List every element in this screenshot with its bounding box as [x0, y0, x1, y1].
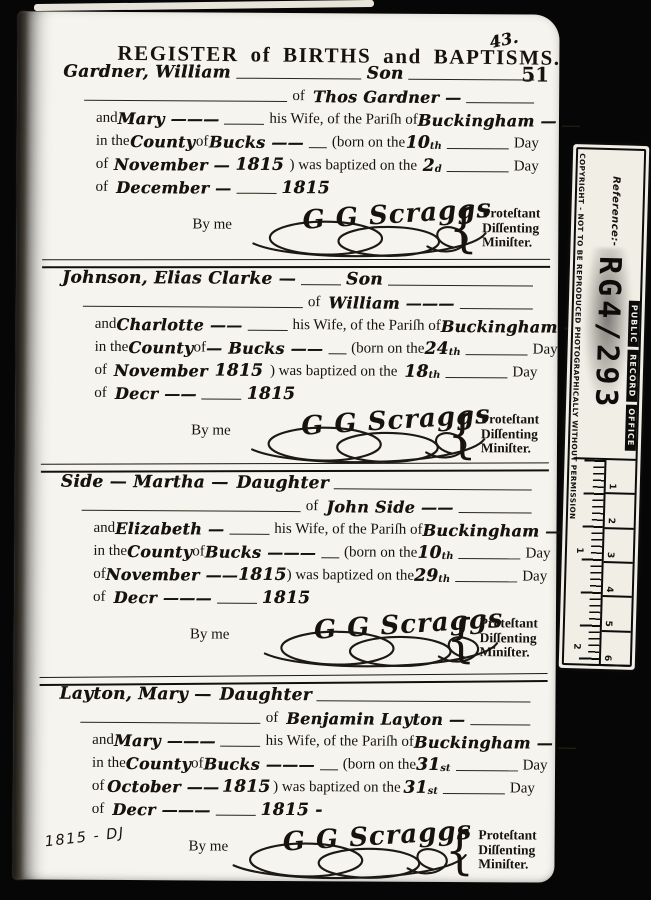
county-born-line: in the County of Bucks ——— (born on the … [60, 539, 540, 565]
relation: Daughter [219, 685, 312, 707]
blank-rule [328, 353, 346, 354]
ruler-inch-number: 2 [571, 643, 581, 650]
mother-line: and Mary ——— his Wife, of the Pariſh of … [63, 106, 543, 132]
baptized-line: of November 1815 ) was baptized on the 1… [61, 358, 541, 384]
baptism-day-suffix: th [429, 370, 441, 381]
birth-year: 1815 [235, 155, 284, 176]
microfilm-background: 43. REGISTER of BIRTHS and BAPTISMS. 51 … [0, 0, 651, 900]
birth-month: October —— [107, 776, 219, 798]
birth-day-suffix: st [440, 763, 450, 774]
birth-year: 1815 [238, 565, 287, 586]
father-name: Benjamin Layton — [286, 708, 465, 730]
blank-rule [388, 285, 533, 287]
blank-rule [455, 581, 517, 582]
birth-month: November —— [106, 564, 239, 586]
blank-rule [460, 308, 533, 309]
blank-rule [334, 488, 532, 490]
mother-name: Mary ——— [118, 108, 220, 130]
binding-edge [12, 11, 31, 879]
entry-name-line: Gardner, William Son [63, 60, 543, 86]
brace-glyph: { [447, 409, 477, 458]
father-line: of Benjamin Layton — [59, 705, 539, 731]
born-on-label: (born on the [343, 754, 416, 775]
office-word: PUBLIC [628, 301, 640, 348]
father-name: Thos Gardner — [313, 86, 462, 108]
parish-name: Buckingham — [422, 520, 561, 542]
day-label: Day [510, 778, 535, 799]
blank-rule [321, 557, 339, 558]
parish-name: Buckingham — [418, 110, 557, 132]
baptism-day-suffix: st [428, 786, 438, 797]
register-page: 43. REGISTER of BIRTHS and BAPTISMS. 51 … [12, 11, 559, 882]
baptism-entry-1: Gardner, William Son of Thos Gardner — a… [62, 60, 543, 265]
blank-rule [80, 722, 260, 724]
blank-rule [217, 603, 257, 604]
minister-title: { Proteſtant Diſſenting Miniſter. [446, 616, 538, 661]
baptism-year: 1815 [262, 588, 311, 609]
ruler-cm-number: 5 [603, 620, 613, 627]
day-label: Day [533, 340, 558, 361]
of-label: of [92, 776, 105, 797]
minister-line: Proteſtant [482, 206, 540, 221]
baptism-day: 29 [414, 566, 438, 587]
baptism-month: Decr ——— [112, 799, 210, 821]
of-label: of [96, 154, 109, 175]
office-word: OFFICE [625, 404, 637, 450]
ruler-cm-number: 3 [605, 552, 615, 559]
day-label: Day [525, 543, 550, 564]
minister-line: Proteſtant [480, 616, 538, 631]
mother-line: and Elizabeth — his Wife, of the Pariſh … [60, 516, 540, 542]
day-label: Day [522, 566, 547, 587]
child-name: Side — Martha — [61, 472, 229, 494]
blank-rule [229, 534, 269, 535]
mother-line: and Mary ——— his Wife, of the Pariſh of … [59, 728, 539, 754]
of-label: of [308, 292, 321, 313]
father-line: of William ——— [62, 289, 542, 315]
blank-rule [562, 126, 580, 127]
relation: Son [346, 269, 383, 290]
day-label: Day [512, 362, 537, 383]
brace-glyph: { [446, 613, 476, 662]
blank-rule [408, 79, 534, 81]
wife-parish-label: his Wife, of the Pariſh of [269, 109, 417, 131]
in-the-label: in the [93, 541, 127, 562]
baptism-day: 31 [403, 778, 427, 799]
and-label: and [96, 108, 118, 129]
baptism-entry-2: Johnson, Elias Clarke — Son of William —… [61, 266, 542, 471]
ruler-cm-cell: 4 [603, 563, 633, 598]
baptized-line: of November —— 1815 ) was baptized on th… [60, 562, 540, 588]
minister-line: Miniſter. [478, 857, 536, 872]
brace-glyph: { [445, 825, 475, 874]
blank-rule [317, 700, 531, 702]
signature-block: By me G G Scraggs { Pr [60, 612, 540, 675]
and-label: and [95, 314, 117, 335]
minister-title: { Proteſtant Diſſenting Miniſter. [445, 828, 537, 873]
blank-rule [445, 377, 507, 378]
blank-rule [82, 510, 301, 512]
county-born-line: in the County of — Bucks —— (born on the… [62, 335, 542, 361]
blank-rule [236, 193, 276, 194]
born-on-label: (born on the [351, 338, 424, 359]
father-name: William ——— [328, 292, 454, 314]
ruler-inch-scale: 1 2 [570, 459, 605, 666]
county-word: County [130, 131, 195, 152]
baptized-line: of October —— 1815 ) was baptized on the… [59, 774, 539, 800]
ruler-cm-number: 2 [606, 517, 616, 524]
of-label: of [193, 337, 206, 358]
and-label: and [93, 518, 115, 539]
baptism-month: Decr ——— [114, 587, 212, 609]
baptized-on-label: ) was baptized on the [270, 361, 398, 383]
mother-name: Elizabeth — [115, 518, 224, 540]
ruler-cm-cell: 3 [604, 529, 634, 564]
blank-rule [301, 284, 341, 285]
ruler-cm-number: 1 [607, 483, 617, 490]
ruler-cm-number: 6 [602, 655, 612, 662]
of-label: of [266, 708, 279, 729]
county-name: — Bucks —— [206, 338, 323, 360]
county-name: Bucks —— [209, 132, 304, 154]
county-name: Bucks ——— [203, 754, 314, 776]
blank-rule [224, 124, 264, 125]
of-label: of [94, 360, 107, 381]
relation: Son [367, 63, 404, 84]
blank-rule [470, 724, 530, 725]
wife-parish-label: his Wife, of the Pariſh of [292, 315, 440, 337]
ruler-cm-number: 4 [604, 586, 614, 593]
of-label: of [92, 799, 105, 820]
county-word: County [126, 753, 191, 774]
blank-rule [456, 770, 518, 771]
blank-rule [458, 558, 520, 559]
baptism-year: 1815 [281, 178, 330, 199]
child-name: Johnson, Elias Clarke — [62, 268, 296, 290]
mother-name: Mary ——— [114, 730, 216, 752]
office-word: RECORD [626, 350, 638, 401]
ruler-inch-number: 1 [574, 547, 584, 554]
baptism-month: Decr —— [115, 383, 197, 404]
in-the-label: in the [95, 337, 129, 358]
day-label: Day [514, 133, 539, 154]
of-label: of [191, 753, 204, 774]
reference-number: RG4/293 [588, 256, 627, 411]
archive-reference-strip: Reference:- RG4/293 PUBLIC RECORD OFFICE… [559, 144, 650, 670]
blank-rule [459, 512, 532, 513]
previous-page-edge [34, 0, 374, 11]
minister-line: Miniſter. [481, 441, 539, 456]
blank-rule [447, 171, 509, 172]
of-label: of [192, 541, 205, 562]
birth-year: 1815 [222, 777, 271, 798]
of-label: of [292, 86, 305, 107]
baptized-on-label: ) was baptized on the [287, 565, 415, 587]
county-word: County [128, 337, 193, 358]
minister-line: Proteſtant [481, 412, 539, 427]
baptism-day-suffix: th [438, 574, 450, 585]
birth-day: 10 [406, 133, 430, 154]
blank-rule [221, 746, 261, 747]
in-the-label: in the [96, 131, 130, 152]
county-word: County [127, 541, 192, 562]
mother-name: Charlotte —— [116, 314, 242, 336]
baptism-day: 18 [404, 362, 428, 383]
born-on-label: (born on the [344, 542, 417, 563]
blank-rule [466, 354, 528, 355]
birth-month: November — [114, 154, 230, 176]
blank-rule [443, 793, 505, 794]
of-label: of [306, 496, 319, 517]
baptism-day-suffix: d [435, 164, 442, 175]
baptism-year: 1815 [247, 384, 296, 405]
blank-rule [202, 398, 242, 399]
birth-month: November [114, 360, 208, 382]
and-label: and [92, 730, 114, 751]
minister-line: Proteſtant [478, 828, 536, 843]
relation: Daughter [236, 473, 329, 495]
day-label: Day [523, 755, 548, 776]
minister-title: { Proteſtant Diſſenting Miniſter. [449, 206, 541, 251]
brace-glyph: { [449, 203, 479, 252]
father-line: of John Side —— [61, 493, 541, 519]
reference-label: Reference:- [608, 176, 621, 247]
ruler-cm-cell: 6 [601, 632, 631, 667]
birth-day: 31 [416, 755, 440, 776]
baptism-month: December — [116, 177, 231, 199]
birth-day-suffix: th [442, 551, 454, 562]
blank-rule [466, 102, 534, 103]
baptized-on-label: ) was baptized on the [273, 777, 401, 799]
county-name: Bucks ——— [205, 542, 316, 564]
father-line: of Thos Gardner — [63, 83, 543, 109]
wife-parish-label: his Wife, of the Pariſh of [266, 731, 414, 753]
baptism-entry-3: Side — Martha — Daughter of John Side ——… [60, 470, 541, 675]
in-the-label: in the [92, 753, 126, 774]
of-label: of [196, 131, 209, 152]
minister-line: Miniſter. [482, 235, 540, 250]
of-label: of [96, 177, 109, 198]
county-born-line: in the County of Bucks ——— (born on the … [59, 751, 539, 777]
wife-parish-label: his Wife, of the Pariſh of [274, 519, 422, 541]
child-name: Layton, Mary — [59, 684, 211, 706]
birth-year: 1815 [215, 361, 264, 382]
child-name: Gardner, William [63, 62, 231, 84]
entry-name-line: Johnson, Elias Clarke — Son [62, 266, 542, 292]
parish-name: Buckingham — [414, 732, 553, 754]
blank-rule [447, 148, 509, 149]
blank-rule [236, 78, 362, 80]
signature-block: By me G G Scraggs { Pr [61, 408, 541, 471]
ruler-cm-scale: 1 2 3 4 5 6 [599, 460, 636, 667]
ruler-cm-cell: 1 [606, 460, 636, 495]
blank-rule [215, 815, 255, 816]
birth-day: 10 [417, 543, 441, 564]
father-name: John Side —— [326, 496, 453, 518]
measurement-ruler: 1 2 3 4 5 6 1 2 [568, 457, 636, 667]
signature-block: By me G G Scraggs { Pr [58, 824, 538, 887]
of-label: of [94, 383, 107, 404]
baptized-line: of November — 1815 ) was baptized on the… [63, 152, 543, 178]
of-label: of [93, 564, 106, 585]
label-content: Reference:- RG4/293 PUBLIC RECORD OFFICE… [562, 147, 646, 667]
day-label: Day [514, 156, 539, 177]
blank-rule [247, 330, 287, 331]
ruler-cm-cell: 5 [602, 597, 632, 632]
minister-title: { Proteſtant Diſſenting Miniſter. [447, 412, 539, 457]
by-me-label: By me [190, 626, 230, 643]
mother-line: and Charlotte —— his Wife, of the Pariſh… [62, 312, 542, 338]
baptized-on-label: ) was baptized on the [289, 155, 417, 177]
ruler-cm-cell: 2 [605, 494, 635, 529]
entry-name-line: Side — Martha — Daughter [61, 470, 541, 496]
birth-day: 24 [424, 339, 448, 360]
minister-line: Miniſter. [479, 645, 537, 660]
signature-block: By me G G Scraggs { Pr [62, 202, 542, 265]
county-born-line: in the County of Bucks —— (born on the 1… [63, 129, 543, 155]
birth-day-suffix: th [449, 347, 461, 358]
baptism-entry-4: Layton, Mary — Daughter of Benjamin Layt… [58, 682, 539, 887]
born-on-label: (born on the [332, 132, 405, 153]
birth-day-suffix: th [430, 141, 442, 152]
blank-rule [558, 748, 576, 749]
baptism-year: 1815 - [260, 800, 322, 821]
blank-rule [83, 306, 303, 308]
blank-rule [309, 147, 327, 148]
of-label: of [93, 587, 106, 608]
blank-rule [84, 100, 287, 102]
entry-name-line: Layton, Mary — Daughter [59, 682, 539, 708]
blank-rule [320, 769, 338, 770]
baptism-day: 2 [423, 156, 435, 177]
